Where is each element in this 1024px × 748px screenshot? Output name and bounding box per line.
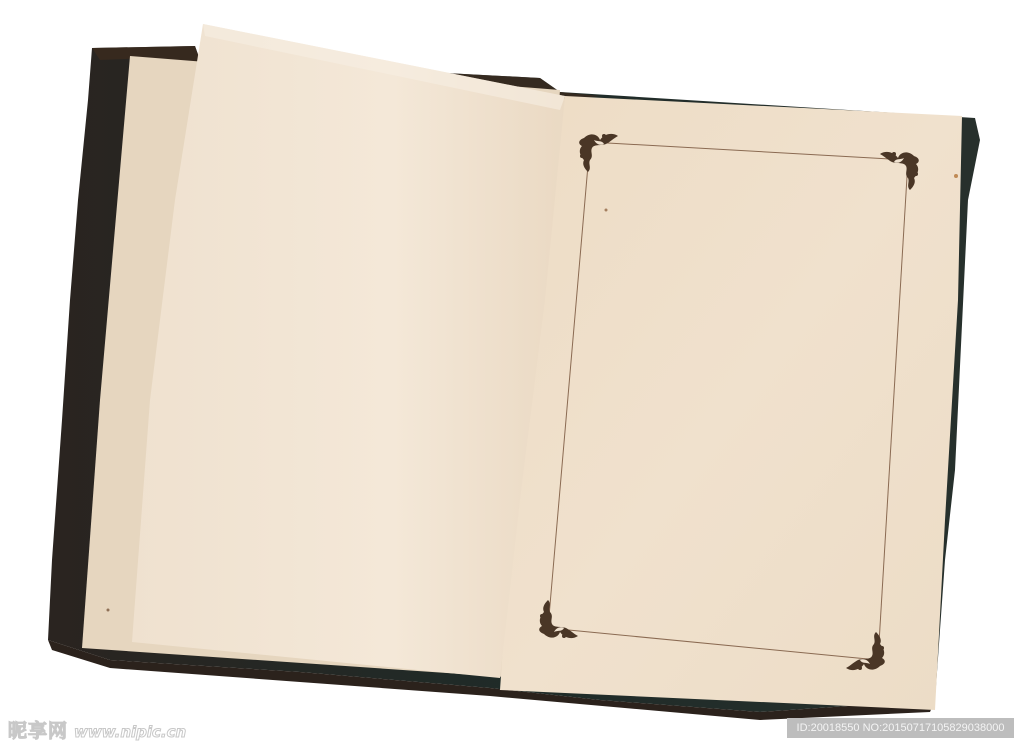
book-illustration xyxy=(0,0,1024,748)
book-photo: 昵享网www.nipic.cn ID:20018550 NO:201507171… xyxy=(0,0,1024,748)
watermark-url: www.nipic.cn xyxy=(74,723,186,741)
watermark-brand-text: 昵享网 xyxy=(8,720,68,742)
left-page xyxy=(132,24,565,678)
watermark-id: ID:20018550 NO:20150717105829038000 xyxy=(787,718,1014,738)
watermark-brand: 昵享网www.nipic.cn xyxy=(8,716,186,743)
right-page xyxy=(500,96,962,710)
